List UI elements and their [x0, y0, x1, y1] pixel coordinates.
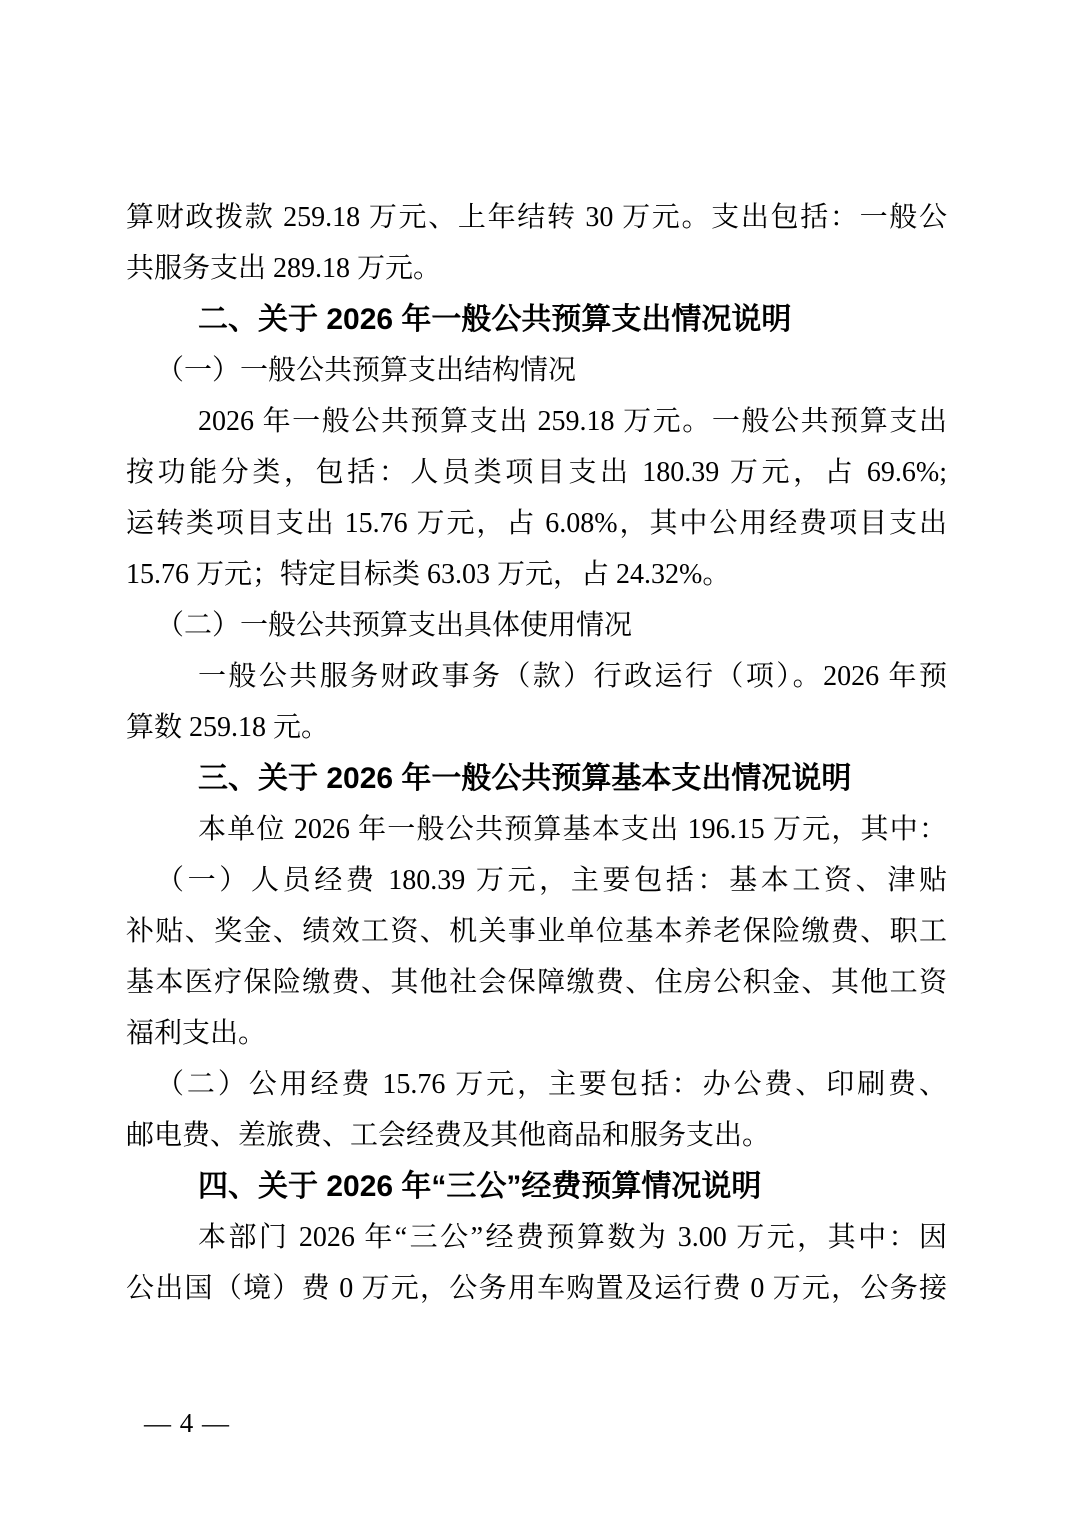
text-line: 一般公共服务财政事务（款）行政运行（项）。2026 年预	[126, 651, 947, 702]
text-line: 本单位 2026 年一般公共预算基本支出 196.15 万元，其中：	[126, 804, 947, 855]
text-line-continuation: 算财政拨款 259.18 万元、上年结转 30 万元。支出包括：一般公	[126, 192, 947, 243]
text-line-subsection-3-2: （二）公用经费 15.76 万元，主要包括：办公费、印刷费、	[126, 1059, 947, 1110]
subsection-heading-2-1: （一）一般公共预算支出结构情况	[126, 345, 947, 396]
text-line: 运转类项目支出 15.76 万元，占 6.08%，其中公用经费项目支出	[126, 498, 947, 549]
subsection-heading-2-2: （二）一般公共预算支出具体使用情况	[126, 600, 947, 651]
text-line: 按功能分类，包括：人员类项目支出 180.39 万元，占 69.6%;	[126, 447, 947, 498]
page-number: — 4 —	[144, 1408, 230, 1438]
text-line-subsection-3-1: （一）人员经费 180.39 万元，主要包括：基本工资、津贴	[126, 855, 947, 906]
text-line: 基本医疗保险缴费、其他社会保障缴费、住房公积金、其他工资	[126, 957, 947, 1008]
text-line: 邮电费、差旅费、工会经费及其他商品和服务支出。	[126, 1110, 947, 1161]
section-heading-four: 四、关于 2026 年“三公”经费预算情况说明	[126, 1161, 947, 1212]
text-line: 补贴、奖金、绩效工资、机关事业单位基本养老保险缴费、职工	[126, 906, 947, 957]
text-line: 共服务支出 289.18 万元。	[126, 243, 947, 294]
text-line: 公出国（境）费 0 万元，公务用车购置及运行费 0 万元，公务接	[126, 1263, 947, 1314]
text-line: 福利支出。	[126, 1008, 947, 1059]
section-heading-three: 三、关于 2026 年一般公共预算基本支出情况说明	[126, 753, 947, 804]
section-heading-two: 二、关于 2026 年一般公共预算支出情况说明	[126, 294, 947, 345]
page-content: 算财政拨款 259.18 万元、上年结转 30 万元。支出包括：一般公 共服务支…	[126, 192, 947, 1314]
document-page: 算财政拨款 259.18 万元、上年结转 30 万元。支出包括：一般公 共服务支…	[0, 0, 1074, 1520]
text-line: 算数 259.18 元。	[126, 702, 947, 753]
text-line: 2026 年一般公共预算支出 259.18 万元。一般公共预算支出	[126, 396, 947, 447]
text-line: 15.76 万元；特定目标类 63.03 万元，占 24.32%。	[126, 549, 947, 600]
text-line: 本部门 2026 年“三公”经费预算数为 3.00 万元，其中：因	[126, 1212, 947, 1263]
